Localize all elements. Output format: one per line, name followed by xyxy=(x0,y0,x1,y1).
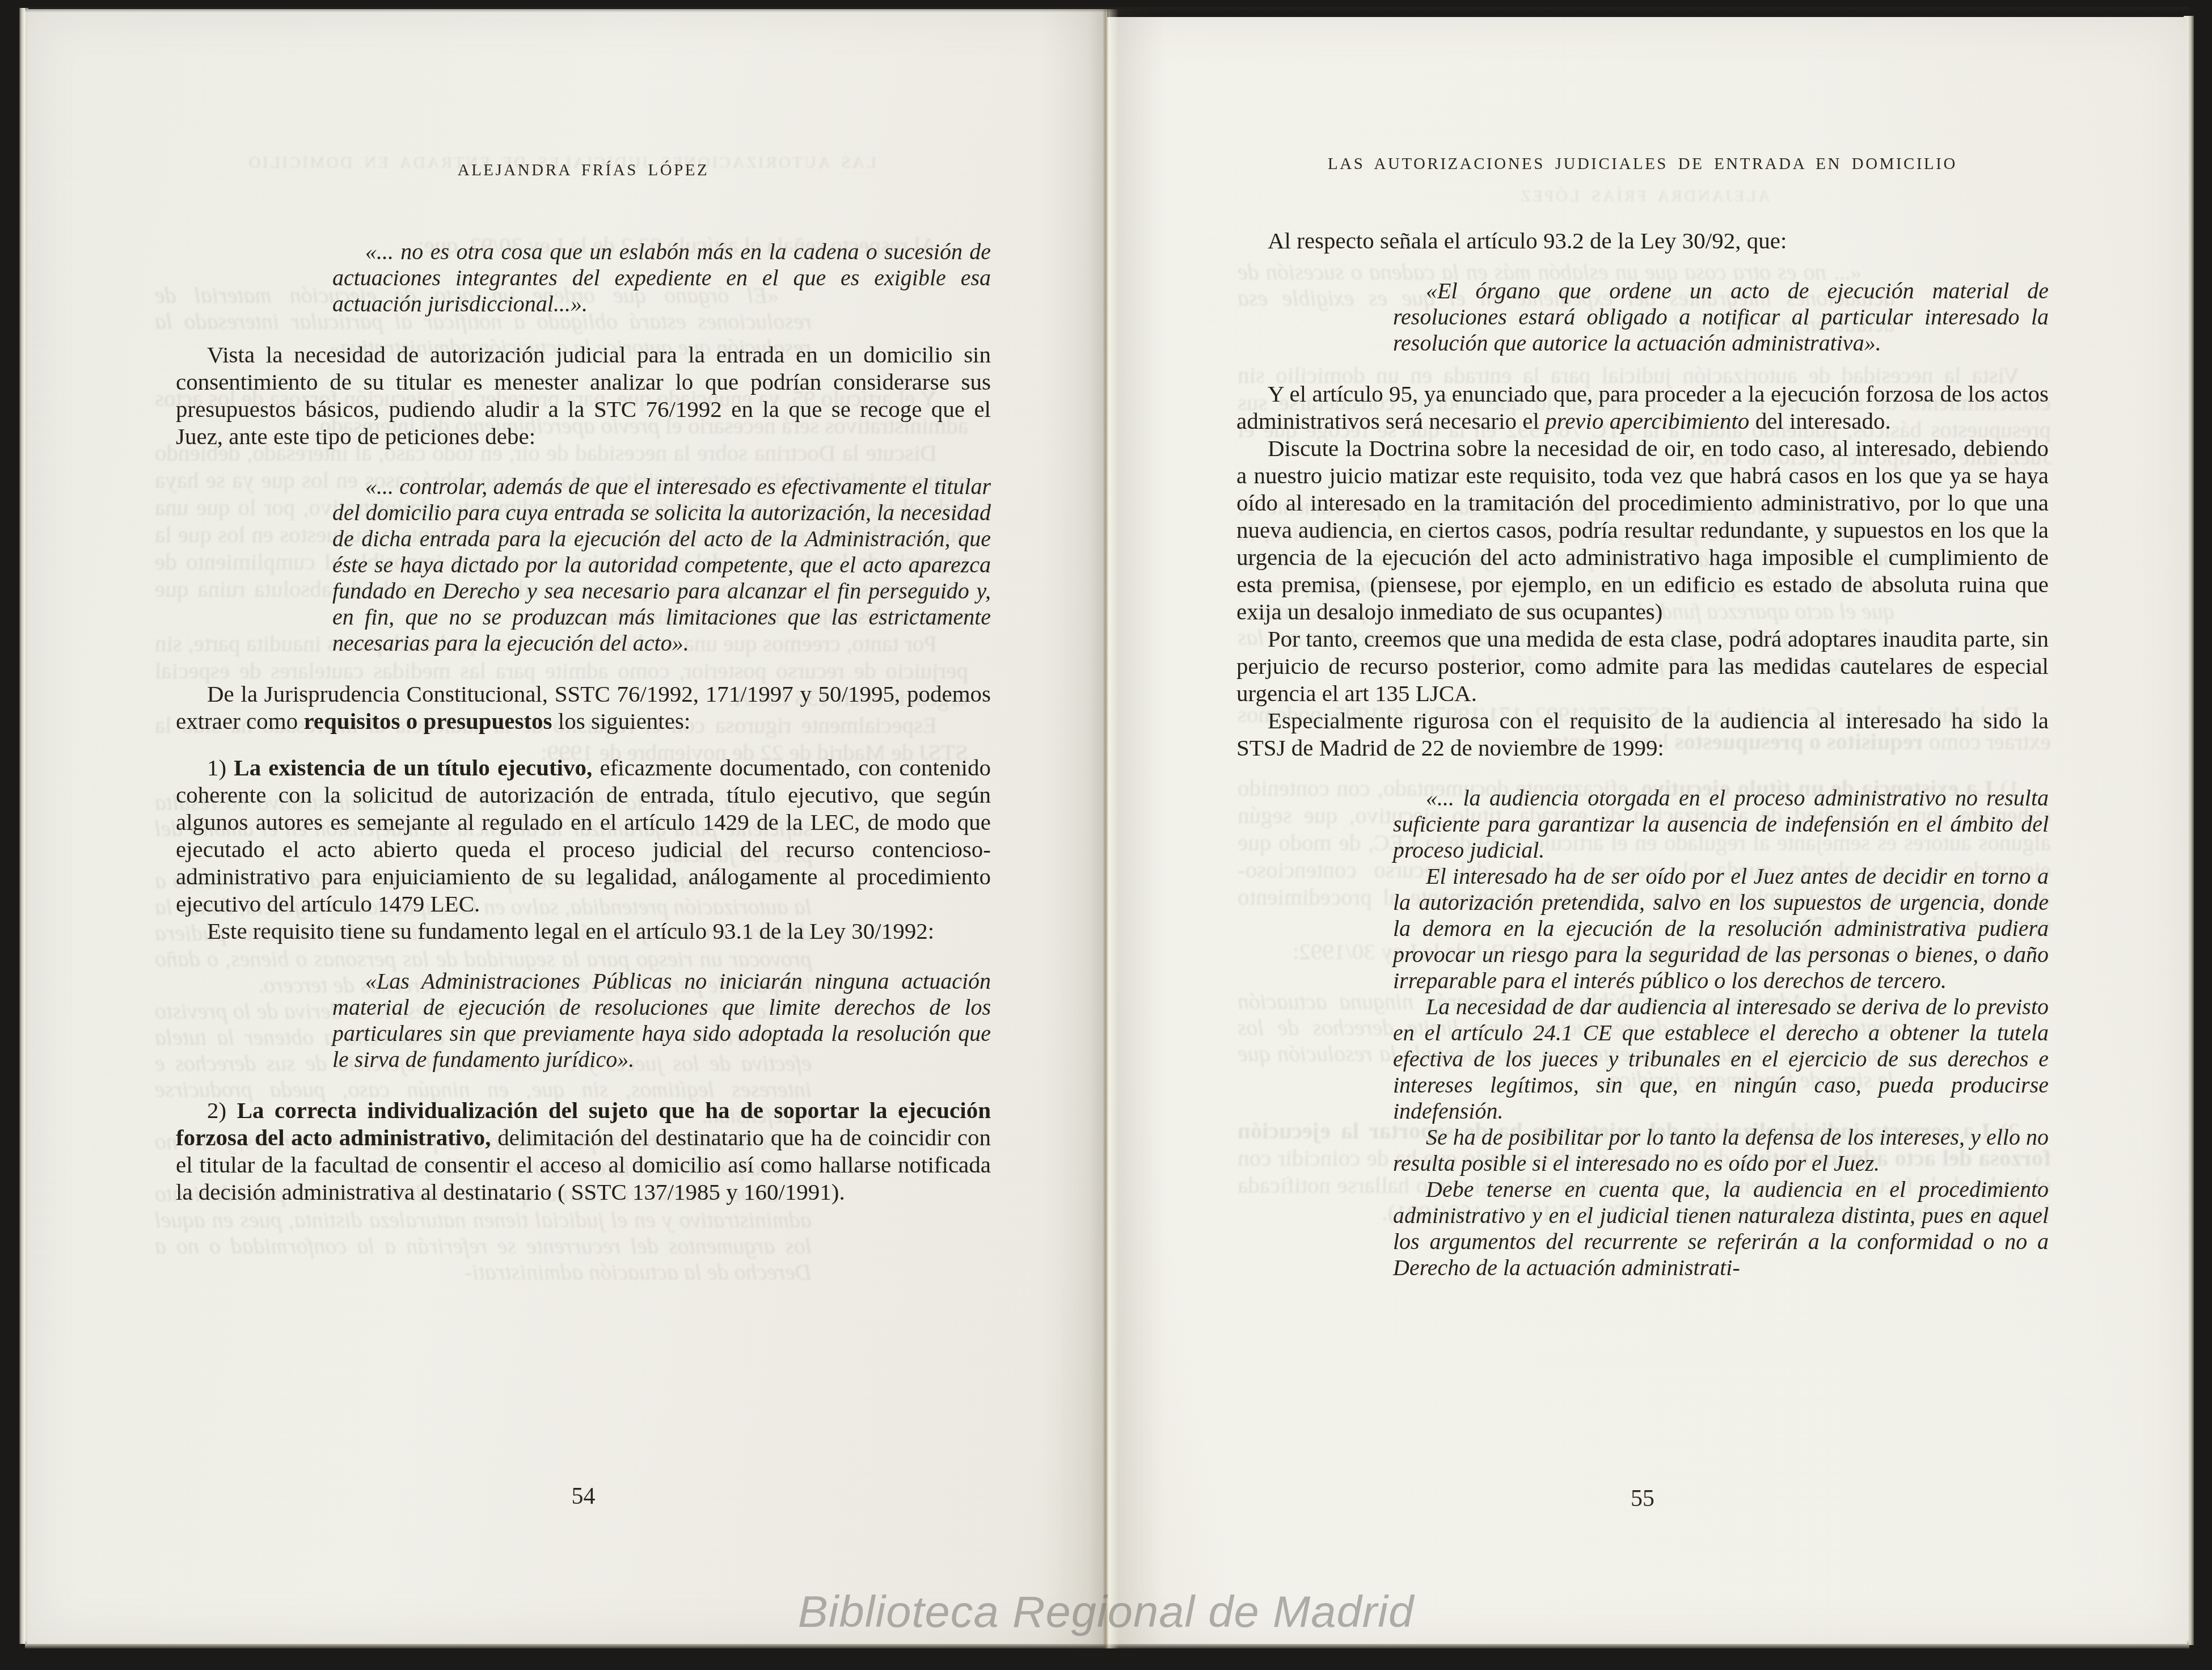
numbered-item-paragraph: 1) La existencia de un título ejecutivo,… xyxy=(176,754,991,917)
top-edge-shadow xyxy=(25,7,2189,12)
text-run: previo apercibimiento xyxy=(1545,408,1749,434)
body-paragraph: De la Jurisprudencia Constitucional, SST… xyxy=(176,680,991,735)
text-run: Al respecto señala el artículo 93.2 de l… xyxy=(1268,227,1787,254)
quote-paragraph: La necesidad de dar audiencia al interes… xyxy=(1393,994,2049,1124)
quote-paragraph: «El órgano que ordene un acto de ejecuci… xyxy=(1393,278,2049,356)
quote-paragraph: «Las Administraciones Públicas no inicia… xyxy=(332,968,991,1073)
block-quote: «... controlar, además de que el interes… xyxy=(332,474,991,656)
body-paragraph: Discute la Doctrina sobre la necesidad d… xyxy=(1236,435,2049,625)
quote-paragraph: El interesado ha de ser oído por el Juez… xyxy=(1393,863,2049,994)
text-run: Especialmente rigurosa con el requisito … xyxy=(1236,707,2049,761)
book-gutter xyxy=(1041,9,1166,1648)
quote-paragraph: «... la audiencia otorgada en el proceso… xyxy=(1393,785,2049,863)
running-header-author: ALEJANDRA FRÍAS LÓPEZ xyxy=(176,161,991,180)
text-run: La existencia de un título ejecutivo, xyxy=(234,754,592,781)
body-paragraph: Especialmente rigurosa con el requisito … xyxy=(1236,707,2049,761)
library-watermark: Biblioteca Regional de Madrid xyxy=(643,1586,1569,1638)
running-header-title: LAS AUTORIZACIONES JUDICIALES DE ENTRADA… xyxy=(1236,155,2049,174)
block-quote: «... no es otra cosa que un eslabón más … xyxy=(332,239,991,317)
quote-paragraph: Se ha de posibilitar por lo tanto la def… xyxy=(1393,1124,2049,1176)
left-page: LAS AUTORIZACIONES JUDICIALES DE ENTRADA… xyxy=(27,9,1107,1644)
body-paragraph: Vista la necesidad de autorización judic… xyxy=(176,341,991,450)
body-paragraph: Y el artículo 95, ya enunciado que, para… xyxy=(1236,380,2049,435)
left-page-content: ALEJANDRA FRÍAS LÓPEZ «... no es otra co… xyxy=(27,9,1107,1644)
text-run: del interesado. xyxy=(1749,408,1890,434)
text-run: Discute la Doctrina sobre la necesidad d… xyxy=(1236,435,2049,625)
block-quote: «El órgano que ordene un acto de ejecuci… xyxy=(1393,278,2049,356)
book-scan: LAS AUTORIZACIONES JUDICIALES DE ENTRADA… xyxy=(0,0,2212,1670)
body-paragraph: Por tanto, creemos que una medida de est… xyxy=(1236,625,2049,707)
text-run: Este requisito tiene su fundamento legal… xyxy=(207,918,934,944)
quote-paragraph: Debe tenerse en cuenta que, la audiencia… xyxy=(1393,1176,2049,1281)
quote-paragraph: «... no es otra cosa que un eslabón más … xyxy=(332,239,991,317)
body-paragraph: Este requisito tiene su fundamento legal… xyxy=(176,917,991,944)
text-run: Por tanto, creemos que una medida de est… xyxy=(1236,626,2049,706)
text-run: Vista la necesidad de autorización judic… xyxy=(176,341,991,449)
numbered-item-paragraph: 2) La correcta individualización del suj… xyxy=(176,1097,991,1205)
left-page-body: «... no es otra cosa que un eslabón más … xyxy=(176,239,991,1205)
text-run: los siguientes: xyxy=(552,708,691,734)
text-run: 1) xyxy=(207,754,234,781)
quote-paragraph: «... controlar, además de que el interes… xyxy=(332,474,991,656)
right-page: ALEJANDRA FRÍAS LÓPEZ«... no es otra cos… xyxy=(1107,17,2187,1644)
text-run: 2) xyxy=(207,1097,237,1123)
block-quote: «Las Administraciones Públicas no inicia… xyxy=(332,968,991,1073)
right-page-body: Al respecto señala el artículo 93.2 de l… xyxy=(1236,227,2049,1281)
body-paragraph: Al respecto señala el artículo 93.2 de l… xyxy=(1236,227,2049,254)
text-run: requisitos o presupuestos xyxy=(303,708,552,734)
page-number: 54 xyxy=(176,1483,991,1510)
block-quote: «... la audiencia otorgada en el proceso… xyxy=(1393,785,2049,1281)
page-number: 55 xyxy=(1236,1485,2049,1512)
right-page-content: LAS AUTORIZACIONES JUDICIALES DE ENTRADA… xyxy=(1107,17,2187,1644)
